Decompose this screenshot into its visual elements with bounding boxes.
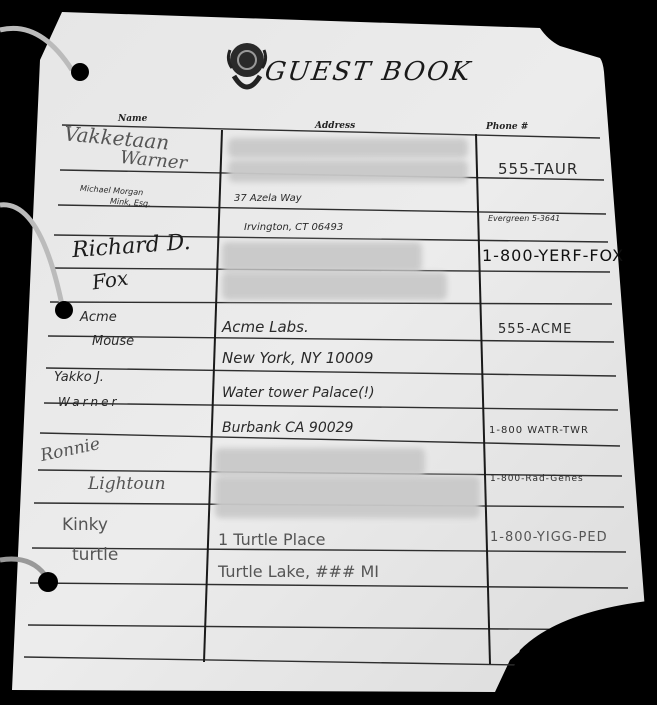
crest-icon	[226, 38, 268, 98]
column-header-address: Address	[315, 121, 355, 131]
guest-address-line-1: 37 Azela Way	[234, 193, 302, 204]
guest-address-line-2: New York, NY 10009	[222, 349, 373, 367]
guest-address-line-1: 1 Turtle Place	[218, 530, 326, 549]
guest-phone: 1-800-YIGG-PED	[490, 530, 608, 545]
guest-name-line-2: turtle	[72, 545, 118, 565]
guest-phone: Evergreen 5-3641	[488, 214, 560, 223]
guest-name-line-1: Kinky	[62, 515, 108, 535]
guest-phone: 1-800-Rad-Genes	[490, 474, 584, 484]
guest-phone: 1-800-YERF-FOX	[482, 246, 624, 265]
redacted-address	[228, 160, 468, 182]
guest-book-photo: GUEST BOOK Name Address Phone # Vakketaa…	[0, 0, 657, 705]
guest-name-line-2: Mouse	[92, 334, 134, 349]
column-header-phone: Phone #	[486, 122, 528, 132]
redacted-address	[222, 242, 422, 272]
guest-address-line-1: Water tower Palace(!)	[222, 385, 375, 401]
guest-phone: 555-TAUR	[498, 160, 578, 178]
guest-name-line-2: Fox	[91, 266, 130, 295]
redacted-address	[222, 272, 447, 300]
column-header-name: Name	[118, 114, 147, 124]
guest-address-line-2: Irvington, CT 06493	[244, 222, 343, 233]
guest-address-line-2: Turtle Lake, ### MI	[218, 562, 379, 581]
guest-name-line-1: Acme	[80, 310, 117, 325]
guest-name-line-2: Warner	[58, 395, 119, 409]
guest-name-line-2: Lightoun	[88, 474, 166, 494]
guest-phone: 555-ACME	[498, 322, 572, 337]
page-title: GUEST BOOK	[263, 57, 474, 87]
redacted-address	[215, 476, 480, 518]
guest-name-line-1: Yakko J.	[54, 370, 104, 385]
guest-phone: 1-800 WATR-TWR	[489, 425, 589, 436]
binder-rings	[0, 0, 120, 705]
redacted-address	[228, 138, 468, 158]
guest-address-line-1: Acme Labs.	[222, 318, 309, 336]
redacted-address	[215, 448, 425, 476]
guest-address-line-2: Burbank CA 90029	[222, 420, 353, 436]
